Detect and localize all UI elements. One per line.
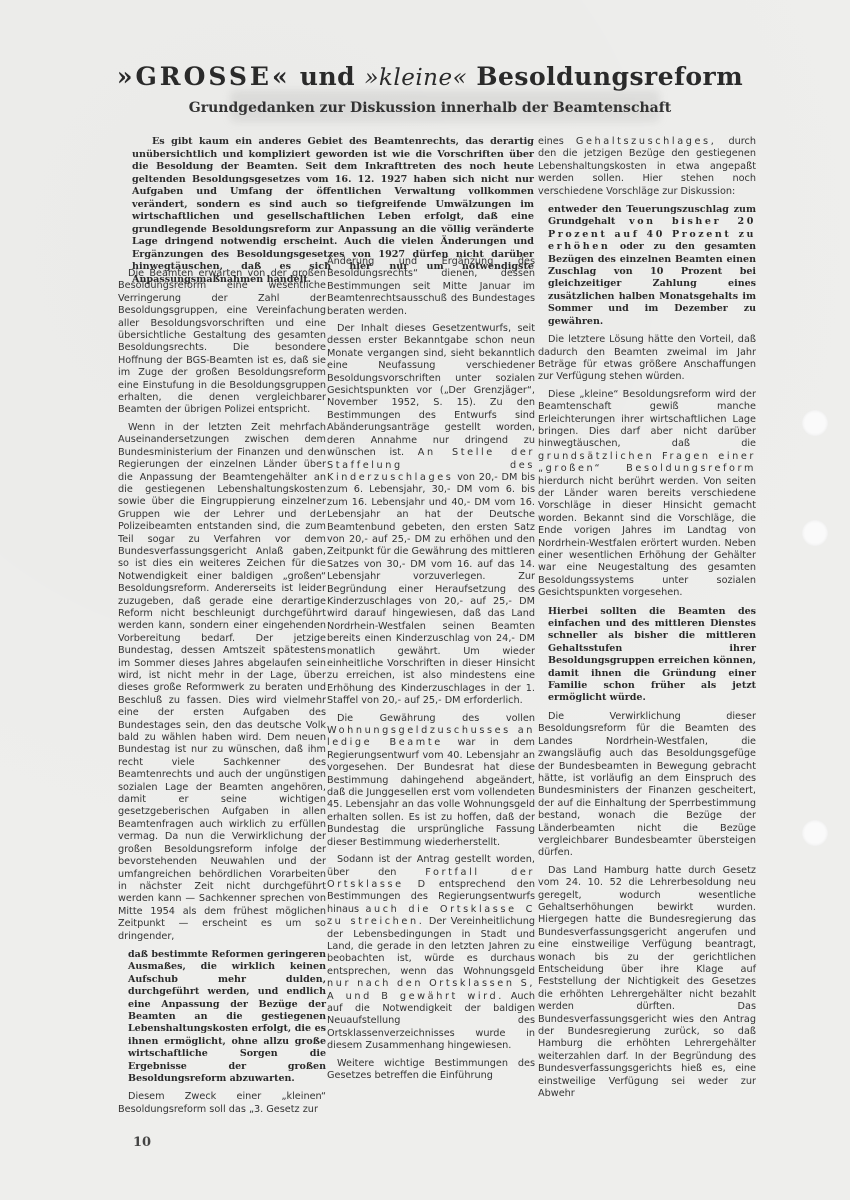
text-span: war in dem Regierungsentwurf vom 40. Leb… [327, 737, 535, 847]
text-span: eines [538, 136, 576, 147]
text-span: Diese „kleine“ Besoldungsreform wird der… [538, 389, 756, 450]
highlighted-paragraph: daß bestimmte Reformen geringeren Ausmaß… [128, 949, 326, 1085]
paragraph: Das Land Hamburg hatte durch Gesetz vom … [538, 865, 756, 1101]
paragraph: Die Verwirklichung dieser Besoldungsrefo… [538, 711, 756, 860]
paragraph: Diesem Zweck einer „kleinen“ Besoldungsr… [118, 1091, 326, 1116]
paragraph: Weitere wichtige Bestimmungen des Gesetz… [327, 1058, 535, 1083]
text-span: von 20,- DM bis zum 6. Lebensjahr, 30,- … [327, 472, 535, 706]
article-subtitle: Grundgedanken zur Diskussion innerhalb d… [110, 100, 750, 116]
page-number: 10 [133, 1135, 151, 1150]
column-2: Änderung und Ergänzung des Besoldungsrec… [327, 256, 535, 1087]
paragraph: Die letztere Lösung hätte den Vorteil, d… [538, 334, 756, 384]
paragraph: Die Gewährung des vollen Wohnungsgeldzus… [327, 713, 535, 849]
document-page: »GROSSE« und »kleine« Besoldungsreform G… [0, 0, 850, 1200]
text-span: Der Inhalt dieses Gesetzentwurfs, seit d… [327, 323, 535, 458]
paragraph: Wenn in der letzten Zeit mehrfach Ausein… [118, 422, 326, 943]
text-span: Die Gewährung des vollen [337, 713, 535, 724]
title-kleine: »kleine« [364, 65, 467, 91]
highlighted-paragraph: Hierbei sollten die Beamten des einfache… [548, 606, 756, 705]
paragraph: Änderung und Ergänzung des Besoldungsrec… [327, 256, 535, 318]
paragraph: Der Inhalt dieses Gesetzentwurfs, seit d… [327, 323, 535, 708]
column-1: Die Beamten erwarten von der großen Beso… [118, 268, 326, 1121]
highlighted-paragraph: entweder den Teuerungszuschlag zum Grund… [548, 204, 756, 328]
paragraph: Sodann ist der Antrag gestellt worden, ü… [327, 854, 535, 1053]
paragraph: eines Gehaltszuschlages, durch den die j… [538, 136, 756, 198]
emphasis-span: Gehaltszuschlages, [576, 136, 716, 147]
title-besoldungsreform: Besoldungsreform [467, 62, 743, 91]
emphasis-span: grundsätzlichen Fragen einer „großen“ Be… [538, 451, 756, 474]
text-span: hierdurch nicht berührt werden. Von seit… [538, 476, 756, 599]
column-3: eines Gehaltszuschlages, durch den die j… [538, 136, 756, 1105]
punch-hole [802, 820, 828, 846]
punch-hole [802, 410, 828, 436]
title-grosse: »GROSSE« [117, 62, 291, 91]
article-title: »GROSSE« und »kleine« Besoldungsreform [110, 62, 750, 91]
paragraph: Die Beamten erwarten von der großen Beso… [118, 268, 326, 417]
punch-hole [802, 520, 828, 546]
paragraph: Diese „kleine“ Besoldungsreform wird der… [538, 389, 756, 600]
text-span: oder zu den gesamten Bezügen des einzeln… [548, 241, 756, 326]
title-und: und [291, 62, 365, 91]
